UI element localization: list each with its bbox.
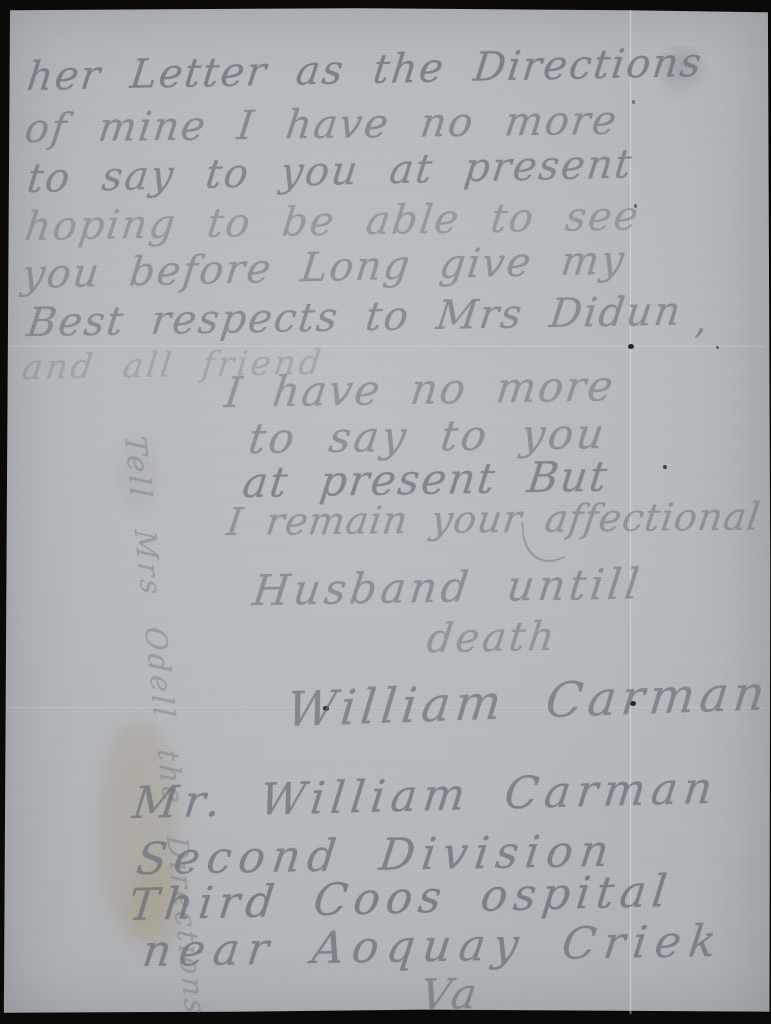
ink-speck <box>716 346 719 349</box>
handwritten-line: I remain your affectional <box>224 494 763 544</box>
valediction-line: Husband untill <box>250 559 646 615</box>
ink-speck <box>632 100 635 104</box>
comma-mark: , <box>694 298 706 342</box>
address-line: near Aoquay Criek <box>140 916 727 977</box>
ink-speck <box>628 344 634 349</box>
ink-speck <box>663 465 667 469</box>
valediction-line: death <box>424 614 560 662</box>
letter-scan: her Letter as the Directions of mine I h… <box>0 0 771 1024</box>
address-state: Va <box>418 969 484 1019</box>
